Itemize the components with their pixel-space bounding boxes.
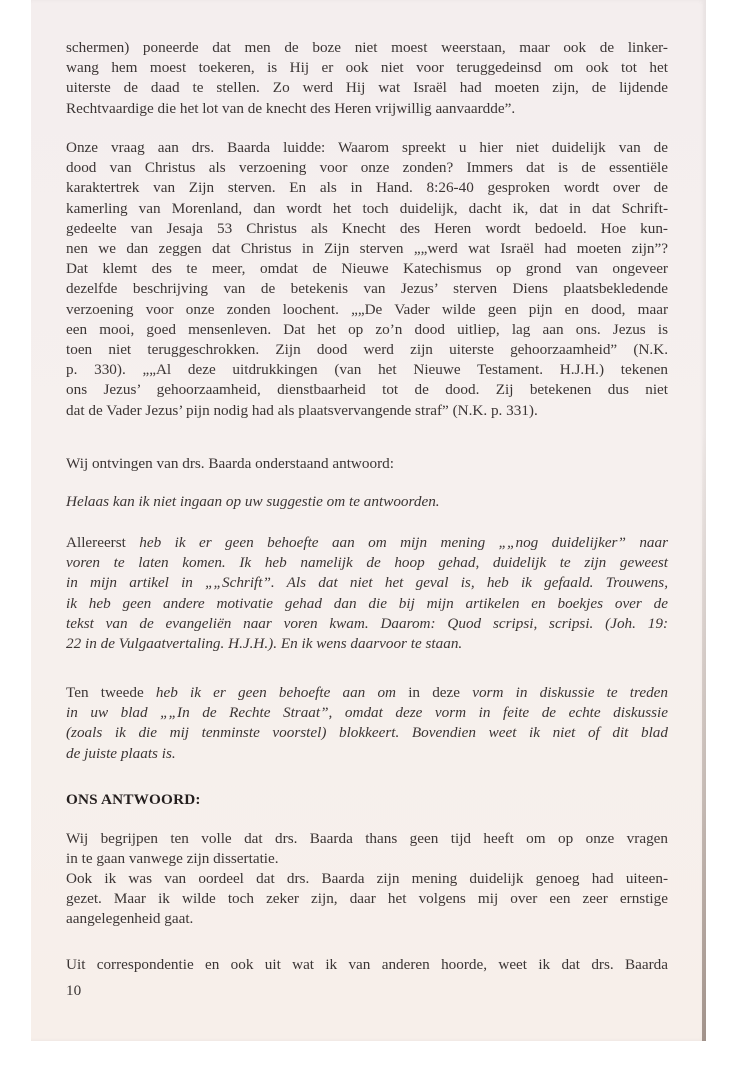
text-italic: vorm in diskussie te treden <box>472 684 668 701</box>
text-line: in te gaan vanwege zijn dissertatie. <box>66 849 668 869</box>
text-line: ons Jezus’ gehoorzaamheid, dienstbaarhei… <box>66 380 668 400</box>
text-line: verzoening voor onze zonden loochent. „„… <box>66 300 668 320</box>
text-line: Onze vraag aan drs. Baarda luidde: Waaro… <box>66 138 668 158</box>
text-line: schermen) poneerde dat men de boze niet … <box>66 38 668 58</box>
text-line: kamerling van Morenland, dan wordt het t… <box>66 199 668 219</box>
text-line: gedeelte van Jesaja 53 Christus als Knec… <box>66 219 668 239</box>
text-line: aangelegenheid gaat. <box>66 909 668 929</box>
text-line: (zoals ik die mij tenminste voorstel) bl… <box>66 723 668 743</box>
text-roman: Ten tweede <box>66 684 156 701</box>
paragraph-correspondence: Uit correspondentie en ook uit wat ik va… <box>66 955 668 975</box>
paragraph-quote-end: schermen) poneerde dat men de boze niet … <box>66 38 668 119</box>
text-italic: heb ik er geen behoefte aan om <box>156 684 396 701</box>
text-line: Wij ontvingen van drs. Baarda onderstaan… <box>66 454 668 474</box>
paragraph-our-answer: Wij begrijpen ten volle dat drs. Baarda … <box>66 829 668 869</box>
text-line: Ook ik was van oordeel dat drs. Baarda z… <box>66 869 668 889</box>
text-line: Wij begrijpen ten volle dat drs. Baarda … <box>66 829 668 849</box>
text-line: Helaas kan ik niet ingaan op uw suggesti… <box>66 492 668 512</box>
text-line: dezelfde beschrijving van de betekenis v… <box>66 279 668 299</box>
text-line: nen we dan zeggen dat Christus in Zijn s… <box>66 239 668 259</box>
text-line: Rechtvaardige die het lot van de knecht … <box>66 99 668 119</box>
scanned-page: schermen) poneerde dat men de boze niet … <box>31 0 706 1041</box>
text-line: in mijn artikel in „„Schrift”. Als dat n… <box>66 573 668 593</box>
paragraph-reply-second: Ten tweede heb ik er geen behoefte aan o… <box>66 683 668 764</box>
text-line: 22 in de Vulgaatvertaling. H.J.H.). En i… <box>66 634 668 654</box>
text-line: ik heb geen andere motivatie gehad dan d… <box>66 594 668 614</box>
text-line: een mooi, goed mensenleven. Dat het op z… <box>66 320 668 340</box>
text-line: uiterste de daad te stellen. Zo werd Hij… <box>66 78 668 98</box>
text-line: dat de Vader Jezus’ pijn nodig had als p… <box>66 401 668 421</box>
text-line: in uw blad „„In de Rechte Straat”, omdat… <box>66 703 668 723</box>
text-line: gezet. Maar ik wilde toch zeker zijn, da… <box>66 889 668 909</box>
text-line: karaktertrek van Zijn sterven. En als in… <box>66 178 668 198</box>
text-italic: heb ik er geen behoefte aan om mijn meni… <box>139 534 668 551</box>
text-line: dood van Christus als verzoening voor on… <box>66 158 668 178</box>
text-line: Allereerst heb ik er geen behoefte aan o… <box>66 533 668 553</box>
text-line: Ten tweede heb ik er geen behoefte aan o… <box>66 683 668 703</box>
paragraph-question: Onze vraag aan drs. Baarda luidde: Waaro… <box>66 138 668 421</box>
text-line: voren te laten komen. Ik heb namelijk de… <box>66 553 668 573</box>
page-number-text: 10 <box>66 981 668 1001</box>
paragraph-our-opinion: Ook ik was van oordeel dat drs. Baarda z… <box>66 869 668 930</box>
text-roman: Allereerst <box>66 534 139 551</box>
heading-text: ONS ANTWOORD: <box>66 790 668 810</box>
paragraph-received-answer: Wij ontvingen van drs. Baarda onderstaan… <box>66 454 668 474</box>
text-line: tekst van de evangeliën naar voren kwam.… <box>66 614 668 634</box>
page-number: 10 <box>66 981 668 1001</box>
text-line: toen niet teruggeschrokken. Zijn dood we… <box>66 340 668 360</box>
paragraph-reply-first: Allereerst heb ik er geen behoefte aan o… <box>66 533 668 654</box>
text-line: p. 330). „„Al deze uitdrukkingen (van he… <box>66 360 668 380</box>
text-line: de juiste plaats is. <box>66 744 668 764</box>
text-roman: in deze <box>396 684 472 701</box>
text-line: Uit correspondentie en ook uit wat ik va… <box>66 955 668 975</box>
section-heading: ONS ANTWOORD: <box>66 790 668 810</box>
text-line: wang hem moest toekeren, is Hij er ook n… <box>66 58 668 78</box>
paragraph-reply-intro: Helaas kan ik niet ingaan op uw suggesti… <box>66 492 668 512</box>
text-line: Dat klemt des te meer, omdat de Nieuwe K… <box>66 259 668 279</box>
